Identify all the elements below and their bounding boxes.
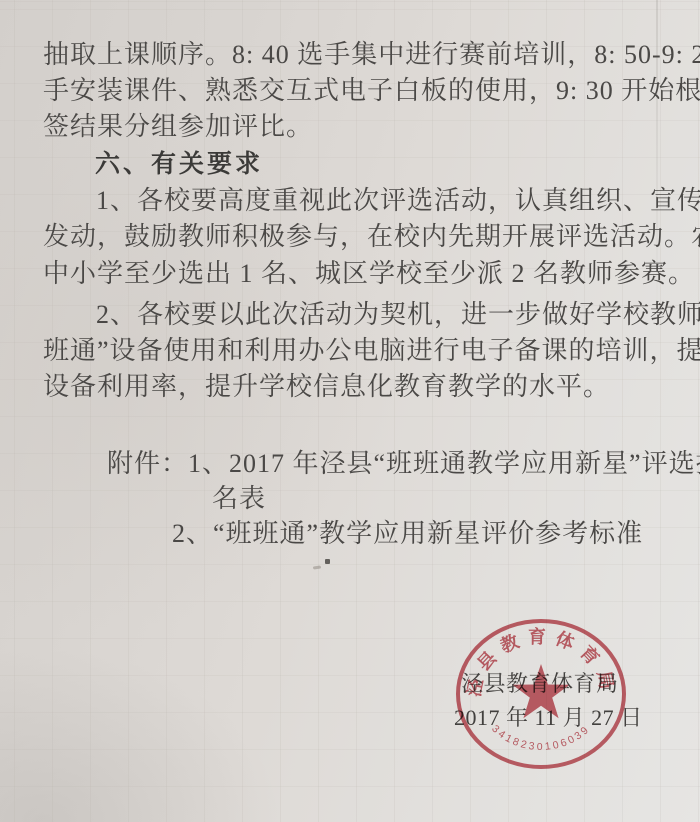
body-line: 抽取上课顺序。8: 40 选手集中进行赛前培训，8: 50-9: 20 选 — [43, 40, 700, 70]
body-line: 设备利用率，提升学校信息化教育教学的水平。 — [43, 372, 610, 402]
body-line: 中小学至少选出 1 名、城区学校至少派 2 名教师参赛。 — [43, 259, 695, 289]
official-seal: 泾县教育体育局 3418230106039 — [450, 612, 635, 777]
body-line: 班通”设备使用和利用办公电脑进行电子备课的培训，提高 — [43, 336, 700, 366]
seal-serial-number: 3418230106039 — [489, 723, 593, 753]
section-heading: 六、有关要求 — [95, 149, 263, 179]
seal-serial-path: 3418230106039 — [489, 723, 593, 753]
scanned-document-page: 抽取上课顺序。8: 40 选手集中进行赛前培训，8: 50-9: 20 选 手安… — [0, 0, 700, 822]
body-line: 2、各校要以此次活动为契机，进一步做好学校教师“班 — [96, 300, 700, 330]
body-line: 签结果分组参加评比。 — [43, 112, 313, 142]
ink-dot — [325, 559, 330, 564]
attachment-line: 附件：1、2017 年泾县“班班通教学应用新星”评选报 — [107, 449, 700, 479]
body-line: 发动，鼓励教师积极参与，在校内先期开展评选活动。农村 — [43, 222, 700, 252]
body-line: 1、各校要高度重视此次评选活动，认真组织、宣传和 — [96, 186, 700, 216]
attachment-line: 名表 — [212, 484, 266, 514]
attachment-line: 2、“班班通”教学应用新星评价参考标准 — [172, 519, 643, 549]
body-line: 手安装课件、熟悉交互式电子白板的使用，9: 30 开始根据抽 — [43, 76, 700, 106]
seal-star-icon — [513, 664, 570, 718]
